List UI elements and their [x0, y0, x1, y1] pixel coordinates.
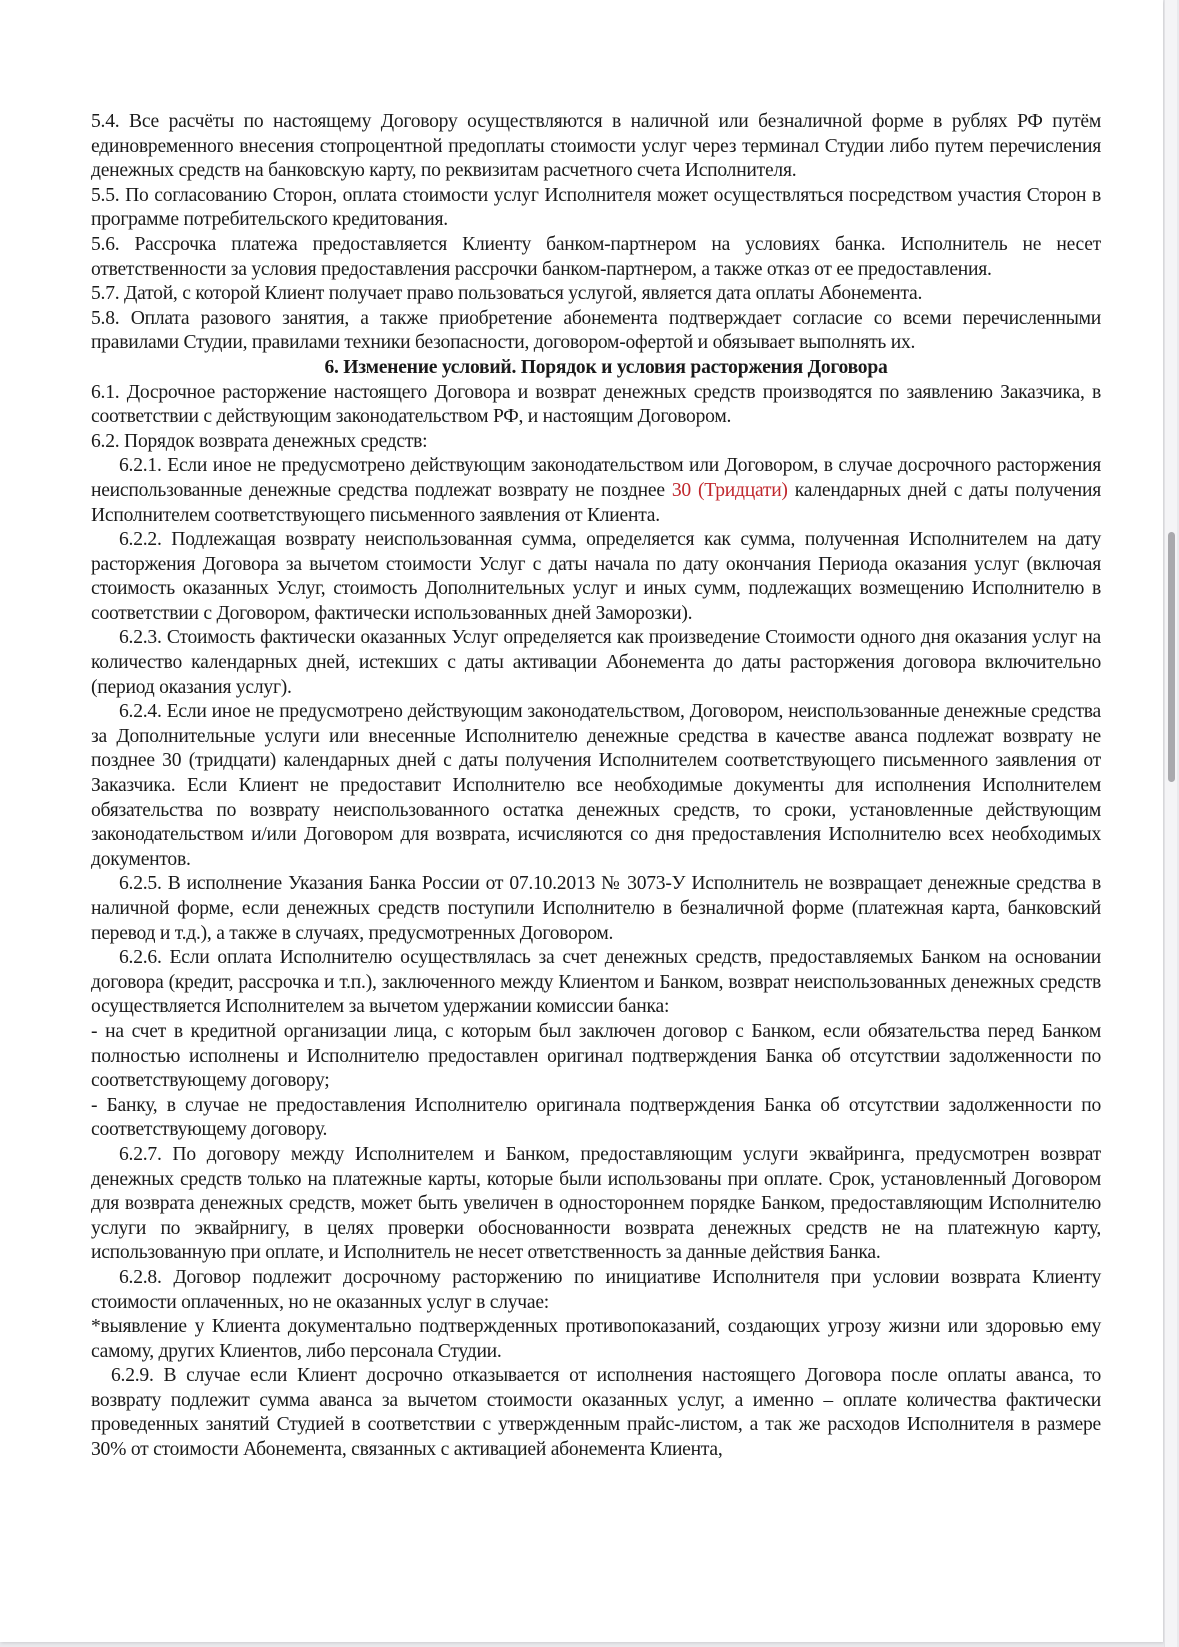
clause-5-5: 5.5. По согласованию Сторон, оплата стои… — [91, 184, 1101, 233]
clause-6-2: 6.2. Порядок возврата денежных средств: — [91, 430, 1101, 455]
clause-6-2-3: 6.2.3. Стоимость фактически оказанных Ус… — [91, 626, 1101, 700]
clause-5-6: 5.6. Рассрочка платежа предоставляется К… — [91, 233, 1101, 282]
highlighted-term-30-days: 30 (Тридцати) — [672, 480, 788, 501]
scrollbar-thumb[interactable] — [1168, 532, 1175, 782]
vertical-scrollbar[interactable] — [1164, 0, 1177, 1647]
clause-6-1: 6.1. Досрочное расторжение настоящего До… — [91, 381, 1101, 430]
clause-6-2-2: 6.2.2. Подлежащая возврату неиспользован… — [91, 528, 1101, 626]
document-body: 5.4. Все расчёты по настоящему Договору … — [91, 110, 1101, 1463]
clause-5-7: 5.7. Датой, с которой Клиент получает пр… — [91, 282, 1101, 307]
clause-6-2-8: 6.2.8. Договор подлежит досрочному расто… — [91, 1266, 1101, 1315]
clause-6-2-9: 6.2.9. В случае если Клиент досрочно отк… — [91, 1364, 1101, 1462]
clause-6-2-6-item-2: - Банку, в случае не предоставления Испо… — [91, 1094, 1101, 1143]
clause-6-2-4: 6.2.4. Если иное не предусмотрено действ… — [91, 700, 1101, 872]
clause-6-2-7: 6.2.7. По договору между Исполнителем и … — [91, 1143, 1101, 1266]
clause-6-2-1: 6.2.1. Если иное не предусмотрено действ… — [91, 454, 1101, 528]
clause-6-2-6-item-1: - на счет в кредитной организации лица, … — [91, 1020, 1101, 1094]
clause-5-8: 5.8. Оплата разового занятия, а также пр… — [91, 307, 1101, 356]
clause-5-4: 5.4. Все расчёты по настоящему Договору … — [91, 110, 1101, 184]
clause-6-2-5: 6.2.5. В исполнение Указания Банка Росси… — [91, 872, 1101, 946]
document-page: 5.4. Все расчёты по настоящему Договору … — [0, 0, 1163, 1642]
clause-6-2-6: 6.2.6. Если оплата Исполнителю осуществл… — [91, 946, 1101, 1020]
clause-6-2-8-condition: *выявление у Клиента документально подтв… — [91, 1315, 1101, 1364]
section-6-heading: 6. Изменение условий. Порядок и условия … — [91, 356, 1101, 381]
